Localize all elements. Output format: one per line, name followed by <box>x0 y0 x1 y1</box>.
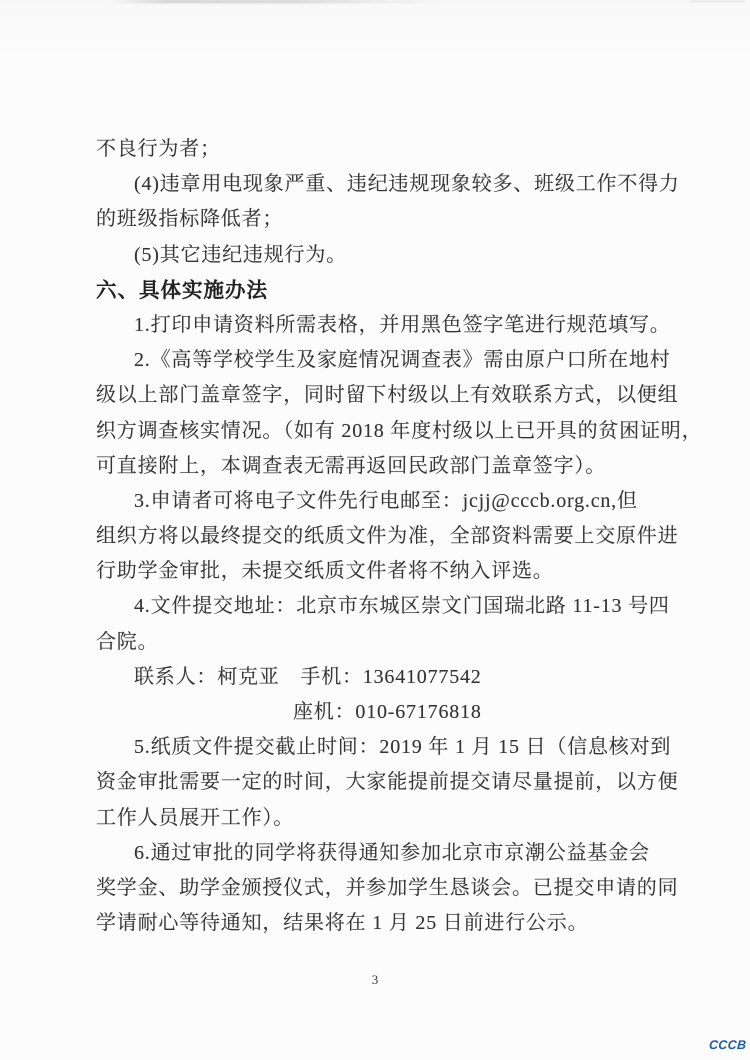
text-line: 合院。 <box>96 625 662 660</box>
scan-smudge-artifact <box>105 0 450 3</box>
text-line: 工作人员展开工作）。 <box>96 801 662 836</box>
cccb-logo: CCCB <box>708 1038 746 1052</box>
text-line: 1.打印申请资料所需表格，并用黑色签字笔进行规范填写。 <box>96 308 662 343</box>
section-heading: 六、具体实施办法 <box>96 273 662 308</box>
text-line: 6.通过审批的同学将获得通知参加北京市京潮公益基金会 <box>96 836 662 871</box>
text-line: 行助学金审批，未提交纸质文件者将不纳入评选。 <box>96 554 662 589</box>
document-page: 不良行为者；(4)违章用电现象严重、违纪违规现象较多、班级工作不得力的班级指标降… <box>0 0 750 1060</box>
document-body: 不良行为者；(4)违章用电现象严重、违纪违规现象较多、班级工作不得力的班级指标降… <box>96 132 662 941</box>
text-line: 可直接附上，本调查表无需再返回民政部门盖章签字）。 <box>96 449 662 484</box>
text-line: 联系人：柯克亚 手机：13641077542 <box>96 660 662 695</box>
text-line: 学请耐心等待通知，结果将在 1 月 25 日前进行公示。 <box>96 906 662 941</box>
text-line: 不良行为者； <box>96 132 662 167</box>
text-line: 2.《高等学校学生及家庭情况调查表》需由原户口所在地村 <box>96 343 662 378</box>
text-line: 级以上部门盖章签字，同时留下村级以上有效联系方式，以便组 <box>96 378 662 413</box>
text-line: (4)违章用电现象严重、违纪违规现象较多、班级工作不得力 <box>96 167 662 202</box>
text-line: 座机：010-67176818 <box>96 695 662 730</box>
text-line: 5.纸质文件提交截止时间：2019 年 1 月 15 日（信息核对到 <box>96 730 662 765</box>
text-line: (5)其它违纪违规行为。 <box>96 238 662 273</box>
text-line: 资金审批需要一定的时间，大家能提前提交请尽量提前，以方便 <box>96 765 662 800</box>
text-line: 的班级指标降低者； <box>96 202 662 237</box>
text-line: 组织方将以最终提交的纸质文件为准，全部资料需要上交原件进 <box>96 519 662 554</box>
page-number: 3 <box>0 972 750 988</box>
text-line: 4.文件提交地址：北京市东城区崇文门国瑞北路 11-13 号四 <box>96 589 662 624</box>
text-line: 奖学金、助学金颁授仪式，并参加学生恳谈会。已提交申请的同 <box>96 871 662 906</box>
text-line: 3.申请者可将电子文件先行电邮至：jcjj@cccb.org.cn,但 <box>96 484 662 519</box>
text-line: 织方调查核实情况。（如有 2018 年度村级以上已开具的贫困证明， <box>96 414 662 449</box>
scan-smudge-artifact-right <box>690 0 745 2</box>
